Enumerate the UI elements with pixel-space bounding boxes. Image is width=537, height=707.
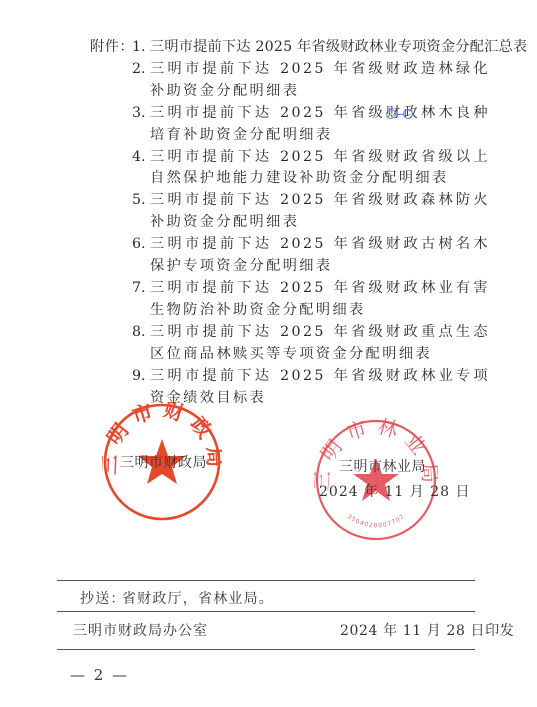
attachment-item-3: 3. 三明市提前下达 2025 年省级财政林木良种培育补助资金分配明细表 [90, 103, 490, 147]
attachment-number: 3. [132, 103, 146, 125]
attachment-title: 三明市提前下达 2025 年省级财政造林绿化补助资金分配明细表 [150, 59, 490, 103]
svg-text:3504020007707: 3504020007707 [346, 513, 407, 529]
attachment-item-7: 7. 三明市提前下达 2025 年省级财政林业有害生物防治补助资金分配明细表 [90, 278, 490, 322]
issuing-office: 三明市财政局办公室 [73, 620, 208, 640]
attachment-title: 三明市提前下达 2025 年省级财政省级以上自然保护地能力建设补助资金分配明细表 [150, 147, 490, 191]
forestry-bureau-signature: 三明市林业局 [339, 456, 426, 476]
footer-divider-top [57, 580, 475, 581]
cc-recipients: 省财政厅，省林业局。 [122, 588, 274, 608]
forestry-bureau-seal-icon: 三明市林业局 3504020007707 [314, 418, 438, 542]
page-number: — 2 — [70, 666, 129, 684]
attachment-number: 7. [132, 278, 146, 300]
attachment-title: 三明市提前下达 2025 年省级财政林业专项资金分配汇总表 [150, 37, 490, 59]
attachment-number: 8. [132, 322, 146, 344]
attachment-title: 三明市提前下达 2025 年省级财政林木良种培育补助资金分配明细表 [150, 103, 490, 147]
attachment-number: 5. [132, 190, 146, 212]
attachment-list: 附件： 1. 三明市提前下达 2025 年省级财政林业专项资金分配汇总表 2. … [90, 37, 490, 409]
attachment-title: 三明市提前下达 2025 年省级财政林业有害生物防治补助资金分配明细表 [150, 278, 490, 322]
annotation-connector [396, 114, 403, 115]
attachment-number: 1. [132, 37, 146, 59]
attachment-number: 6. [132, 234, 146, 256]
annotation-mark-icon [386, 109, 396, 119]
attachment-item-2: 2. 三明市提前下达 2025 年省级财政造林绿化补助资金分配明细表 [90, 59, 490, 103]
attachment-item-1: 附件： 1. 三明市提前下达 2025 年省级财政林业专项资金分配汇总表 [90, 37, 490, 59]
attachment-title: 三明市提前下达 2025 年省级财政古树名木保护专项资金分配明细表 [150, 234, 490, 278]
attachment-number: 9. [132, 366, 146, 388]
cc-label: 抄送： [80, 588, 126, 608]
attachment-item-4: 4. 三明市提前下达 2025 年省级财政省级以上自然保护地能力建设补助资金分配… [90, 147, 490, 191]
attachment-item-5: 5. 三明市提前下达 2025 年省级财政森林防火补助资金分配明细表 [90, 190, 490, 234]
attachment-item-6: 6. 三明市提前下达 2025 年省级财政古树名木保护专项资金分配明细表 [90, 234, 490, 278]
attachment-label: 附件： [90, 37, 134, 59]
attachment-number: 2. [132, 59, 146, 81]
attachment-item-8: 8. 三明市提前下达 2025 年省级财政重点生态区位商品林赎买等专项资金分配明… [90, 322, 490, 366]
signature-date: 2024 年 11 月 28 日 [319, 481, 471, 501]
attachment-title: 三明市提前下达 2025 年省级财政重点生态区位商品林赎买等专项资金分配明细表 [150, 322, 490, 366]
finance-bureau-signature: 三明市财政局 [120, 452, 207, 472]
attachment-title: 三明市提前下达 2025 年省级财政森林防火补助资金分配明细表 [150, 190, 490, 234]
footer-divider-middle [57, 611, 475, 612]
annotation-mark-icon [403, 109, 413, 119]
attachment-number: 4. [132, 147, 146, 169]
issue-date: 2024 年 11 月 28 日印发 [340, 620, 514, 640]
footer-divider-bottom [57, 649, 475, 650]
